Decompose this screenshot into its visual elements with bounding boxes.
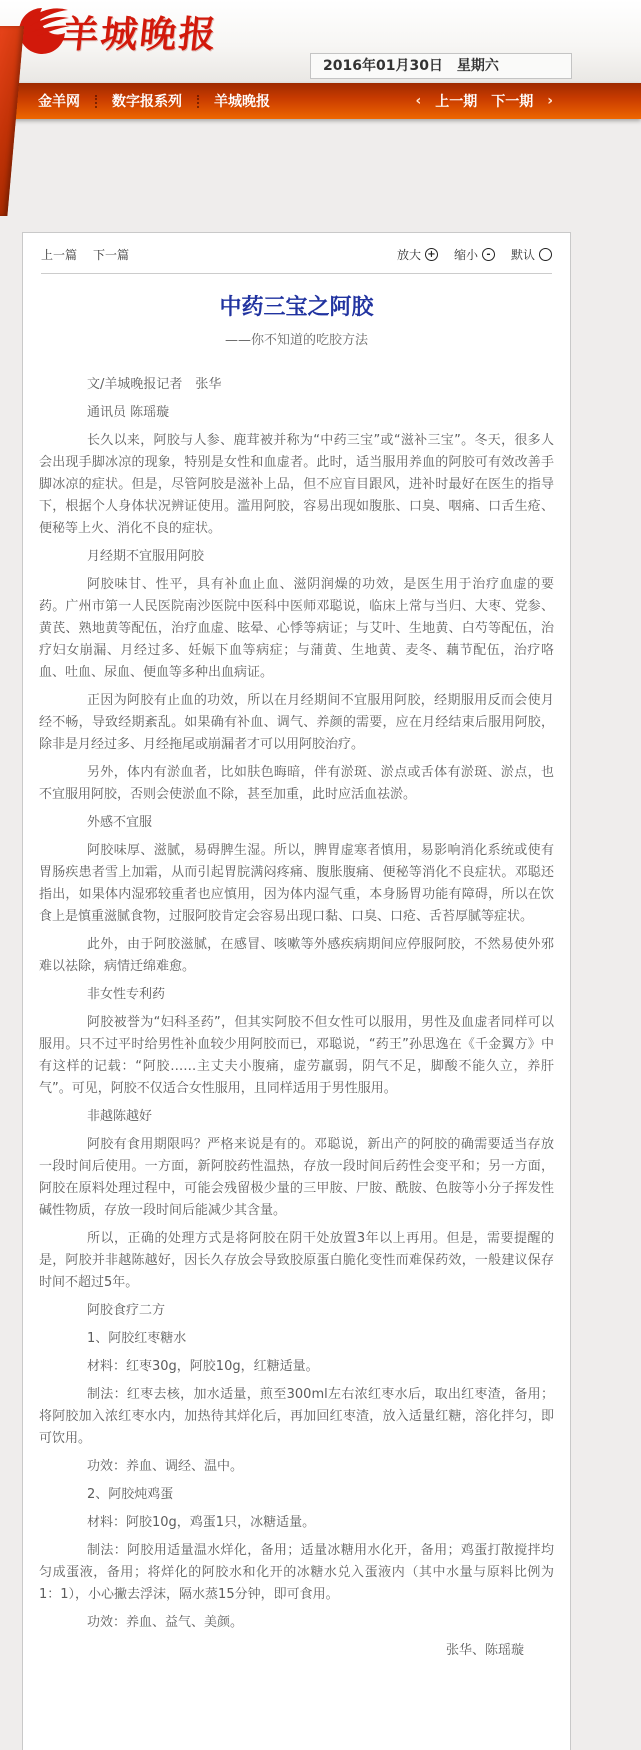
- toolbar-divider: [41, 273, 552, 274]
- paragraph: 阿胶味甘、性平，具有补血止血、滋阴润燥的功效，是医生用于治疗血虚的要药。广州市第…: [39, 574, 554, 684]
- paragraph: 制法：阿胶用适量温水烊化，备用；适量冰糖用水化开，备用；鸡蛋打散搅拌均匀成蛋液，…: [39, 1540, 554, 1606]
- zoom-default-button[interactable]: 默认: [511, 246, 552, 263]
- next-article-link[interactable]: 下一篇: [93, 246, 129, 263]
- site-logo-text: 羊城晚报: [59, 4, 221, 58]
- next-issue-arrow-icon: ›: [547, 93, 553, 109]
- paragraph: 所以，正确的处理方式是将阿胶在阴干处放置3年以上再用。但是，需要提醒的是，阿胶并…: [39, 1228, 554, 1294]
- zoom-default-icon: [539, 248, 552, 261]
- nav-separator: [197, 95, 199, 108]
- prev-issue-link[interactable]: 上一期: [435, 91, 477, 111]
- paragraph: 功效：养血、调经、温中。: [39, 1456, 554, 1478]
- section-heading: 1、阿胶红枣糖水: [39, 1328, 554, 1350]
- section-heading: 月经期不宜服用阿胶: [39, 546, 554, 568]
- article-body: 文/羊城晚报记者 张华通讯员 陈瑶璇长久以来，阿胶与人参、鹿茸被并称为“中药三宝…: [39, 374, 554, 1634]
- issue-date: 2016年01月30日 星期六: [310, 53, 572, 79]
- section-heading: 2、阿胶炖鸡蛋: [39, 1484, 554, 1506]
- byline: 通讯员 陈瑶璇: [39, 402, 554, 424]
- zoom-in-button[interactable]: 放大 +: [397, 246, 438, 263]
- paragraph: 功效：养血、益气、美颜。: [39, 1612, 554, 1634]
- nav-separator: [95, 95, 97, 108]
- page: 羊城晚报 2016年01月30日 星期六 金羊网 数字报系列 羊城晚报 ‹ 上一…: [0, 0, 641, 1750]
- byline: 文/羊城晚报记者 张华: [39, 374, 554, 396]
- paragraph: 材料：红枣30g，阿胶10g，红糖适量。: [39, 1356, 554, 1378]
- next-issue-link[interactable]: 下一期: [491, 91, 533, 111]
- zoom-out-label: 缩小: [454, 246, 478, 263]
- article-subtitle: ——你不知道的吃胶方法: [39, 329, 554, 348]
- paragraph: 正因为阿胶有止血的功效，所以在月经期间不宜服用阿胶，经期服用反而会使月经不畅，导…: [39, 690, 554, 756]
- paragraph: 阿胶味厚、滋腻，易碍脾生湿。所以，脾胃虚寒者慎用，易影响消化系统或使有胃肠疾患者…: [39, 840, 554, 928]
- site-logo[interactable]: 羊城晚报: [12, 2, 218, 60]
- prev-issue-arrow-icon: ‹: [415, 93, 421, 109]
- zoom-out-icon: -: [482, 248, 495, 261]
- paragraph: 阿胶被誉为“妇科圣药”，但其实阿胶不但女性可以服用，男性及血虚者同样可以服用。只…: [39, 1012, 554, 1100]
- paragraph: 长久以来，阿胶与人参、鹿茸被并称为“中药三宝”或“滋补三宝”。冬天，很多人会出现…: [39, 430, 554, 540]
- zoom-out-button[interactable]: 缩小 -: [454, 246, 495, 263]
- zoom-controls: 放大 + 缩小 - 默认: [397, 246, 552, 263]
- article-toolbar: 上一篇 下一篇 放大 + 缩小 - 默认: [39, 233, 554, 273]
- section-heading: 非女性专利药: [39, 984, 554, 1006]
- issue-pager: ‹ 上一期 下一期 ›: [415, 91, 641, 111]
- article-container: 上一篇 下一篇 放大 + 缩小 - 默认 中药三宝之阿胶 ——你不知道的吃: [22, 232, 571, 1750]
- paragraph: 此外，由于阿胶滋腻，在感冒、咳嗽等外感疾病期间应停服阿胶，不然易使外邪难以祛除，…: [39, 934, 554, 978]
- paragraph: 制法：红枣去核，加水适量，煎至300ml左右浓红枣水后，取出红枣渣，备用；将阿胶…: [39, 1384, 554, 1450]
- zoom-in-label: 放大: [397, 246, 421, 263]
- article-title: 中药三宝之阿胶: [39, 290, 554, 321]
- section-heading: 外感不宜服: [39, 812, 554, 834]
- zoom-default-label: 默认: [511, 246, 535, 263]
- site-header: 羊城晚报 2016年01月30日 星期六: [0, 0, 641, 83]
- section-heading: 非越陈越好: [39, 1106, 554, 1128]
- prev-article-link[interactable]: 上一篇: [41, 246, 77, 263]
- section-heading: 阿胶食疗二方: [39, 1300, 554, 1322]
- paragraph: 阿胶有食用期限吗？严格来说是有的。邓聪说，新出产的阿胶的确需要适当存放一段时间后…: [39, 1134, 554, 1222]
- left-ribbon-decoration: [0, 26, 24, 216]
- article-signature: 张华、陈瑶璇: [39, 1640, 554, 1662]
- nav-link-ycwb[interactable]: 羊城晚报: [214, 91, 270, 111]
- zoom-in-icon: +: [425, 248, 438, 261]
- nav-left-group: 金羊网 数字报系列 羊城晚报: [0, 91, 270, 111]
- top-nav: 金羊网 数字报系列 羊城晚报 ‹ 上一期 下一期 ›: [0, 83, 641, 119]
- nav-link-digital-papers[interactable]: 数字报系列: [112, 91, 182, 111]
- article-pager: 上一篇 下一篇: [41, 246, 129, 263]
- paragraph: 材料：阿胶10g，鸡蛋1只，冰糖适量。: [39, 1512, 554, 1534]
- nav-link-jinyangwang[interactable]: 金羊网: [38, 91, 80, 111]
- paragraph: 另外，体内有淤血者，比如肤色晦暗，伴有淤斑、淤点或舌体有淤斑、淤点，也不宜服用阿…: [39, 762, 554, 806]
